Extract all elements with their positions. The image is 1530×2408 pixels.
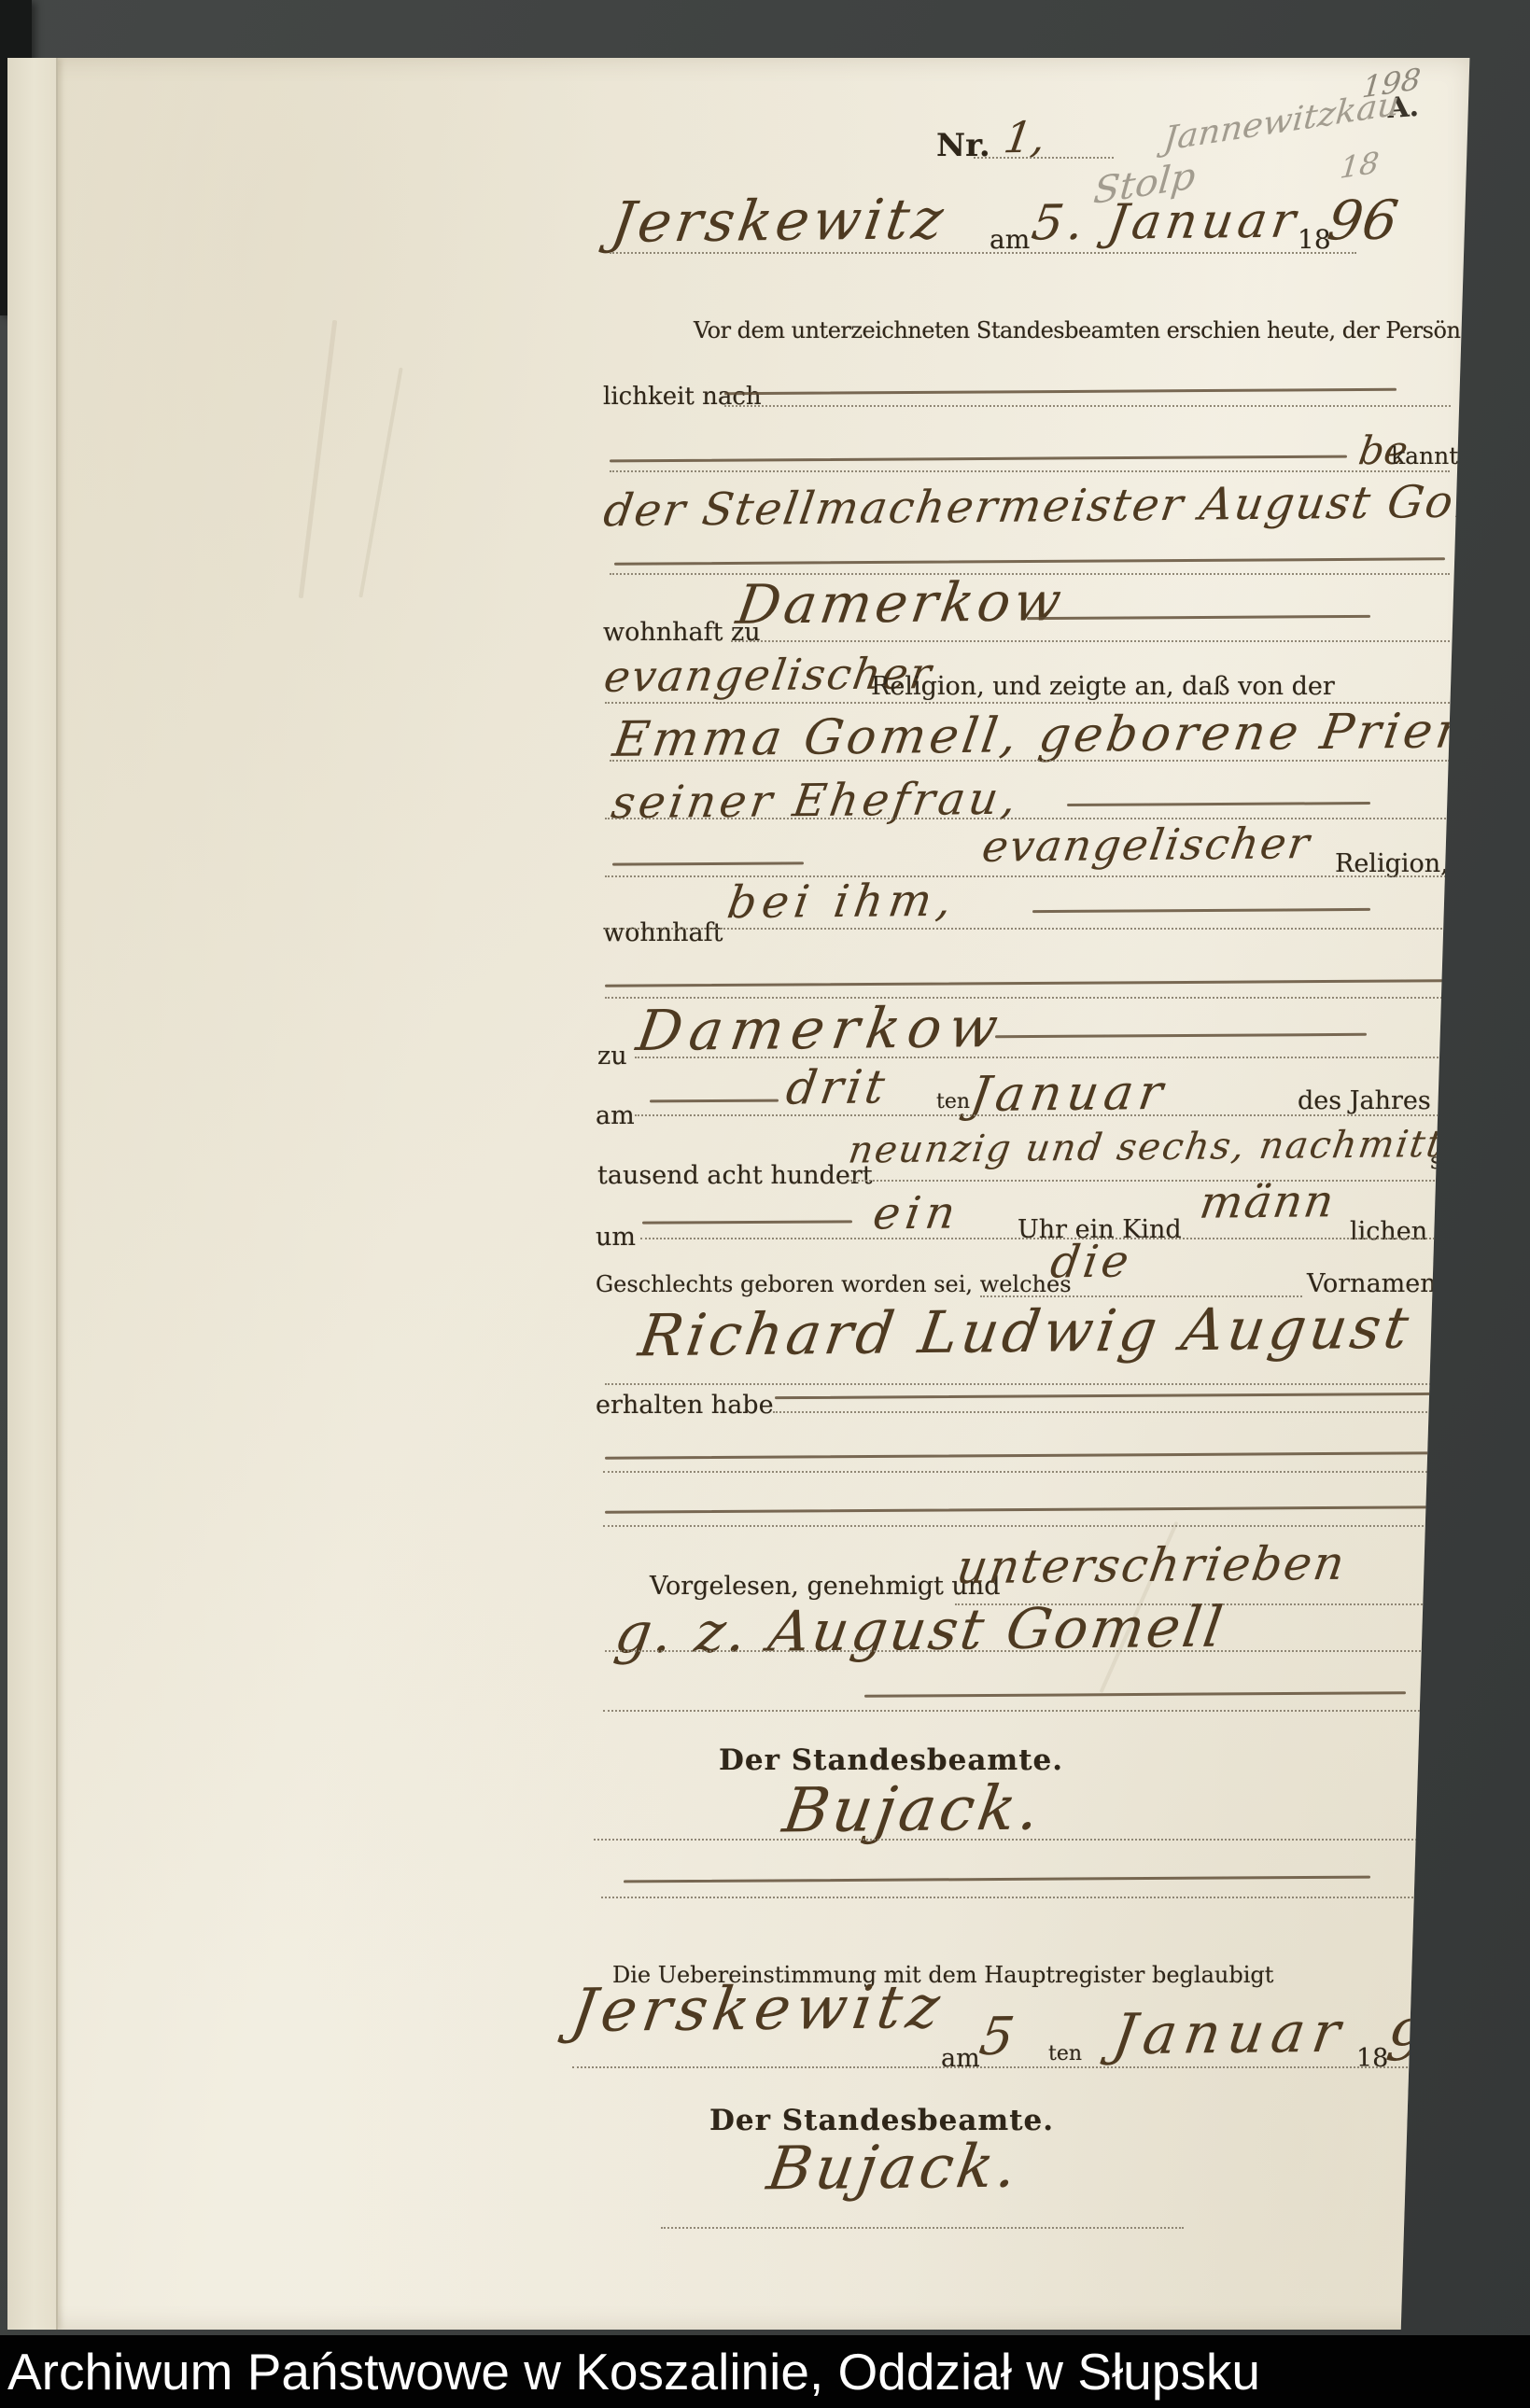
ten-suffix: ten xyxy=(936,1090,970,1113)
archive-footer-bar: Archiwum Państwowe w Koszalinie, Oddział… xyxy=(0,2335,1530,2408)
gender-written: männ xyxy=(1197,1175,1339,1229)
zu-label: zu xyxy=(597,1042,627,1071)
religion2-written: evangelischer xyxy=(979,818,1314,872)
ink-rule xyxy=(775,1393,1443,1399)
dotted-rule xyxy=(605,1650,1443,1652)
ink-rule xyxy=(724,388,1397,395)
child-name-written: Richard Ludwig August xyxy=(635,1294,1416,1370)
dotted-rule xyxy=(610,470,1450,472)
year-written: 96 xyxy=(1324,189,1402,253)
ink-rule xyxy=(995,1033,1367,1038)
dotted-rule xyxy=(635,1057,1450,1058)
dotted-rule xyxy=(731,640,1450,642)
geschlechts-line: Geschlechts geboren worden sei, welches xyxy=(596,1271,1072,1297)
dotted-rule xyxy=(605,818,1450,819)
wohnhaft-label: wohnhaft xyxy=(603,918,723,947)
am-label: am xyxy=(990,224,1030,255)
ink-rule xyxy=(605,1451,1445,1459)
dotted-rule xyxy=(603,1525,1450,1527)
mother-written: Emma Gomell, geborene Prien, xyxy=(610,703,1495,768)
ink-rule xyxy=(612,861,804,865)
certification-year-written: 96 xyxy=(1383,2009,1464,2075)
bleed-through-mark xyxy=(299,320,338,598)
die-written: die xyxy=(1047,1236,1136,1289)
certification-day-written: 5 xyxy=(976,2007,1018,2067)
certification-am-label: am xyxy=(941,2044,980,2073)
residence-written: Damerkow xyxy=(733,569,1069,637)
dotted-rule xyxy=(594,1839,1432,1841)
dotted-rule xyxy=(724,405,1451,407)
declarant-signature-written: g. z. August Gomell xyxy=(611,1595,1229,1667)
birth-year-words-written: neunzig und sechs, nachmittag xyxy=(846,1122,1496,1171)
archive-name: Archiwum Państwowe w Koszalinie, Oddział… xyxy=(0,2335,1530,2408)
registry-place-written: Jerskewitz xyxy=(608,187,951,256)
dotted-rule xyxy=(603,1471,1450,1473)
dotted-rule xyxy=(605,928,1450,930)
dotted-rule xyxy=(601,1897,1432,1898)
ehefrau-written: seiner Ehefrau, xyxy=(609,773,1024,830)
dotted-rule xyxy=(605,1383,1450,1385)
entry-number-value: 1, xyxy=(1001,112,1049,162)
scanned-document-view: 198 A. Jannewitzkau 18 Stolp Nr. 1, Jers… xyxy=(0,0,1530,2408)
ink-rule xyxy=(605,1505,1445,1513)
certification-ten-suffix: ten xyxy=(1048,2042,1082,2065)
ink-rule xyxy=(605,979,1445,987)
tausend-label: tausend acht hundert xyxy=(597,1161,873,1190)
ink-rule xyxy=(614,557,1445,565)
certification-place-written: Jerskewitz xyxy=(567,1973,949,2046)
ink-rule xyxy=(610,455,1347,463)
ink-rule xyxy=(864,1691,1406,1698)
birth-day-written: drit xyxy=(783,1059,892,1114)
date-written: 5. Januar xyxy=(1028,193,1303,252)
des-jahres-label: des Jahres xyxy=(1298,1086,1431,1115)
s-suffix: s xyxy=(1430,1148,1441,1174)
lichen-suffix: lichen xyxy=(1350,1217,1427,1246)
dotted-rule xyxy=(635,1114,1450,1116)
ink-rule xyxy=(1067,802,1370,806)
birthplace-written: Damerkow xyxy=(633,995,1010,1064)
kannt-printed: kannt, xyxy=(1391,442,1466,469)
birth-hour-written: ein xyxy=(870,1187,964,1240)
dotted-rule xyxy=(661,2227,1184,2229)
registrar-signature: Bujack. xyxy=(779,1772,1048,1847)
dotted-rule xyxy=(605,702,1450,704)
ink-rule xyxy=(650,1099,779,1103)
intro-line-1: Vor dem unterzeichneten Standesbeamten e… xyxy=(694,317,1479,343)
pencil-note-number: 18 xyxy=(1339,145,1381,186)
certification-registrar-signature: Bujack. xyxy=(763,2133,1025,2205)
dotted-rule xyxy=(572,2066,1445,2068)
ink-rule xyxy=(1027,615,1370,620)
vorgelesen-printed: Vorgelesen, genehmigt und xyxy=(650,1572,1000,1601)
ink-rule xyxy=(642,1220,852,1224)
ink-rule xyxy=(1032,908,1370,913)
religion2-printed: Religion, xyxy=(1335,849,1449,878)
page-fold-gutter xyxy=(7,58,58,2330)
ink-rule xyxy=(624,1876,1370,1883)
dotted-rule xyxy=(603,1710,1450,1712)
dotted-rule xyxy=(848,1180,1450,1182)
entry-number-label: Nr. xyxy=(936,127,990,164)
register-page: 198 A. Jannewitzkau 18 Stolp Nr. 1, Jers… xyxy=(7,58,1471,2330)
bleed-through-mark xyxy=(358,368,402,598)
erhalten-habe-label: erhalten habe xyxy=(596,1391,774,1420)
declarant-written: der Stellmachermeister August Gomell xyxy=(600,475,1530,538)
bei-ihm-written: bei ihm, xyxy=(724,875,961,930)
unterschrieben-written: unterschrieben xyxy=(953,1536,1349,1594)
dotted-rule xyxy=(773,1411,1450,1413)
dotted-rule xyxy=(640,1238,1450,1239)
religion1-printed: Religion, und zeigte an, daß von der xyxy=(871,672,1335,701)
dotted-rule xyxy=(974,157,1114,159)
certification-month-written: Januar xyxy=(1109,2000,1352,2068)
dotted-rule xyxy=(610,760,1450,762)
um-label: um xyxy=(596,1223,636,1252)
am-label-2: am xyxy=(596,1101,635,1130)
dotted-rule xyxy=(610,252,1356,254)
